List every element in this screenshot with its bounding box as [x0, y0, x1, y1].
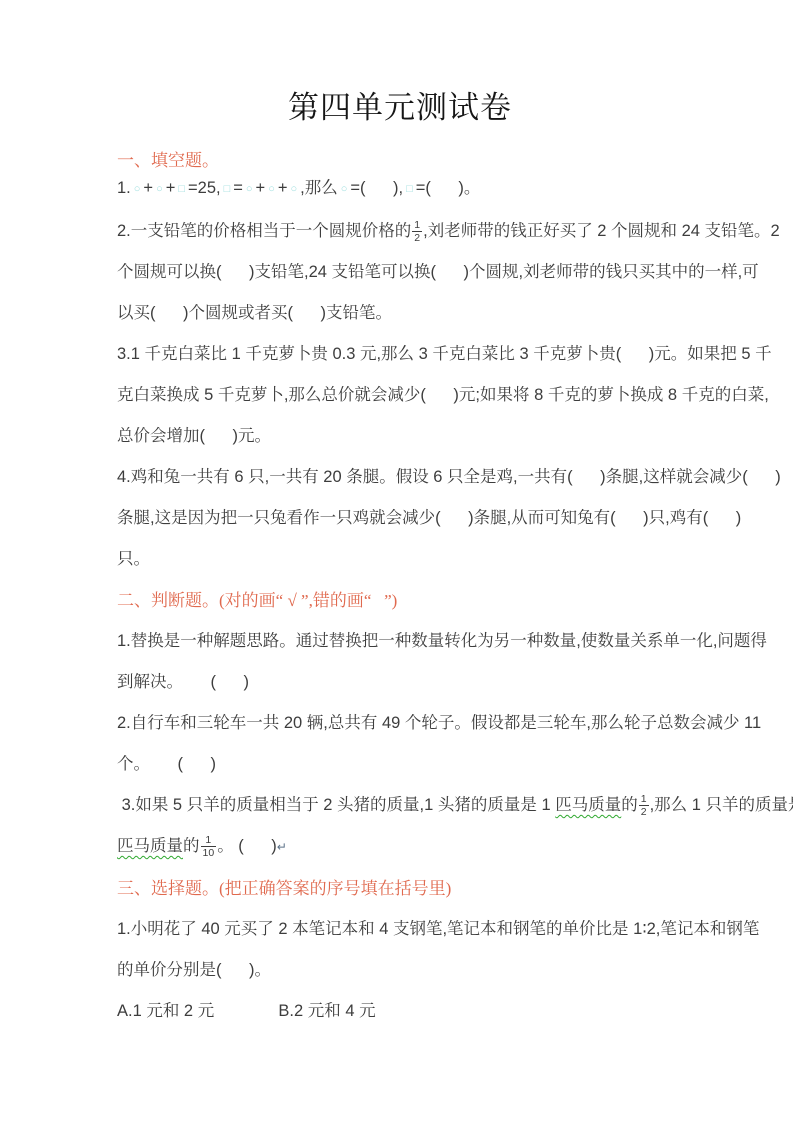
text-run: 1.	[117, 179, 131, 197]
fraction-numerator: 1	[201, 835, 217, 846]
text-run: +	[278, 179, 288, 197]
text-run: =( ),	[350, 179, 403, 197]
question-line: 个。 ( )	[117, 744, 683, 785]
fraction-denominator: 2	[639, 805, 649, 818]
text-run: 以买( )个圆规或者买( )支铅笔。	[117, 304, 392, 322]
text-run: 2.自行车和三轮车一共 20 辆,总共有 49 个轮子。假设都是三轮车,那么轮子…	[117, 714, 761, 732]
question-line: 1.小明花了 40 元买了 2 本笔记本和 4 支钢笔,笔记本和钢笔的单价比是 …	[117, 909, 683, 950]
circle-symbol-icon: ○	[268, 183, 275, 195]
square-symbol-icon: □	[406, 183, 413, 195]
question-line: 以买( )个圆规或者买( )支铅笔。	[117, 293, 683, 334]
text-run: 克白菜换成 5 千克萝卜,那么总价就会减少( )元;如果将 8 千克的萝卜换成 …	[117, 386, 769, 404]
question-line: 个圆规可以换( )支铅笔,24 支铅笔可以换( )个圆规,刘老师带的钱只买其中的…	[117, 252, 683, 293]
square-symbol-icon: □	[224, 183, 231, 195]
text-run: =25,	[188, 179, 221, 197]
text-run: 的	[621, 796, 638, 814]
question-line: 3.如果 5 只羊的质量相当于 2 头猪的质量,1 头猪的质量是 1 匹马质量的…	[117, 785, 683, 826]
question-line: 4.鸡和兔一共有 6 只,一共有 20 条腿。假设 6 只全是鸡,一共有( )条…	[117, 457, 683, 498]
text-run: ,那么 1 只羊的质量是一	[650, 796, 793, 814]
question-line: 克白菜换成 5 千克萝卜,那么总价就会减少( )元;如果将 8 千克的萝卜换成 …	[117, 375, 683, 416]
circle-symbol-icon: ○	[134, 183, 141, 195]
section-heading: 二、判断题。(对的画“ √ ”,错的画“ ”)	[117, 580, 683, 621]
fraction-numerator: 1	[639, 794, 649, 805]
text-run: +	[256, 179, 266, 197]
question-line: 1.○+○+□=25,□=○+○+○,那么○=( ),□=( )。	[117, 168, 683, 211]
fraction-denominator: 10	[201, 846, 217, 859]
text-run: 1.小明花了 40 元买了 2 本笔记本和 4 支钢笔,笔记本和钢笔的单价比是 …	[117, 920, 759, 938]
text-run	[214, 1002, 278, 1020]
text-run: 的单价分别是( )。	[117, 961, 271, 979]
text-run: =( )。	[416, 179, 481, 197]
circle-symbol-icon: ○	[341, 183, 348, 195]
fraction: 12	[639, 794, 649, 818]
text-run: 3.如果 5 只羊的质量相当于 2 头猪的质量,1 头猪的质量是 1	[117, 796, 555, 814]
fraction-denominator: 2	[412, 231, 422, 244]
text-run: 。 ( )	[217, 837, 277, 855]
text-run: 4.鸡和兔一共有 6 只,一共有 20 条腿。假设 6 只全是鸡,一共有( )条…	[117, 468, 781, 486]
document-content: 第四单元测试卷 一、填空题。1.○+○+□=25,□=○+○+○,那么○=( )…	[117, 84, 683, 1032]
text-run: 只。	[117, 550, 150, 568]
fraction: 12	[412, 220, 422, 244]
section-heading: 三、选择题。(把正确答案的序号填在括号里)	[117, 868, 683, 909]
question-line: 条腿,这是因为把一只兔看作一只鸡就会减少( )条腿,从而可知兔有( )只,鸡有(…	[117, 498, 683, 539]
test-paper-page: 第四单元测试卷 一、填空题。1.○+○+□=25,□=○+○+○,那么○=( )…	[0, 0, 793, 1122]
question-line: 2.一支铅笔的价格相当于一个圆规价格的12,刘老师带的钱正好买了 2 个圆规和 …	[117, 211, 683, 252]
text-run: ,刘老师带的钱正好买了 2 个圆规和 24 支铅笔。2	[423, 222, 780, 240]
answer-option: A.1 元和 2 元	[117, 1002, 214, 1020]
fraction-numerator: 1	[412, 220, 422, 231]
question-line: 3.1 千克白菜比 1 千克萝卜贵 0.3 元,那么 3 千克白菜比 3 千克萝…	[117, 334, 683, 375]
question-line: 总价会增加( )元。	[117, 416, 683, 457]
text-run: 2.一支铅笔的价格相当于一个圆规价格的	[117, 222, 411, 240]
question-line: 到解决。 ( )	[117, 662, 683, 703]
question-line: A.1 元和 2 元 B.2 元和 4 元	[117, 991, 683, 1032]
spellcheck-flagged-text: 匹马质量	[555, 796, 621, 814]
circle-symbol-icon: ○	[246, 183, 253, 195]
text-run: +	[166, 179, 176, 197]
paragraph-return-icon: ↵	[277, 840, 287, 854]
question-line: 2.自行车和三轮车一共 20 辆,总共有 49 个轮子。假设都是三轮车,那么轮子…	[117, 703, 683, 744]
question-line: 1.替换是一种解题思路。通过替换把一种数量转化为另一种数量,使数量关系单一化,问…	[117, 621, 683, 662]
question-line: 匹马质量的110。 ( )↵	[117, 826, 683, 868]
circle-symbol-icon: ○	[290, 183, 297, 195]
text-run: 3.1 千克白菜比 1 千克萝卜贵 0.3 元,那么 3 千克白菜比 3 千克萝…	[117, 345, 772, 363]
question-line: 的单价分别是( )。	[117, 950, 683, 991]
square-symbol-icon: □	[178, 183, 185, 195]
text-run: 个。 ( )	[117, 755, 216, 773]
circle-symbol-icon: ○	[156, 183, 163, 195]
text-run: 个圆规可以换( )支铅笔,24 支铅笔可以换( )个圆规,刘老师带的钱只买其中的…	[117, 263, 759, 281]
text-run: 条腿,这是因为把一只兔看作一只鸡就会减少( )条腿,从而可知兔有( )只,鸡有(…	[117, 509, 741, 527]
spellcheck-flagged-text: 匹马质量	[117, 837, 183, 855]
text-run: =	[233, 179, 243, 197]
sections-container: 一、填空题。1.○+○+□=25,□=○+○+○,那么○=( ),□=( )。2…	[117, 140, 683, 1032]
text-run: 总价会增加( )元。	[117, 427, 271, 445]
text-run: 的	[183, 837, 200, 855]
question-line: 只。	[117, 539, 683, 580]
answer-option: B.2 元和 4 元	[278, 1002, 375, 1020]
fraction: 110	[201, 835, 217, 859]
text-run: ,那么	[300, 179, 338, 197]
text-run: +	[143, 179, 153, 197]
page-title: 第四单元测试卷	[117, 84, 683, 132]
text-run: 到解决。 ( )	[117, 673, 249, 691]
text-run: 1.替换是一种解题思路。通过替换把一种数量转化为另一种数量,使数量关系单一化,问…	[117, 632, 767, 650]
